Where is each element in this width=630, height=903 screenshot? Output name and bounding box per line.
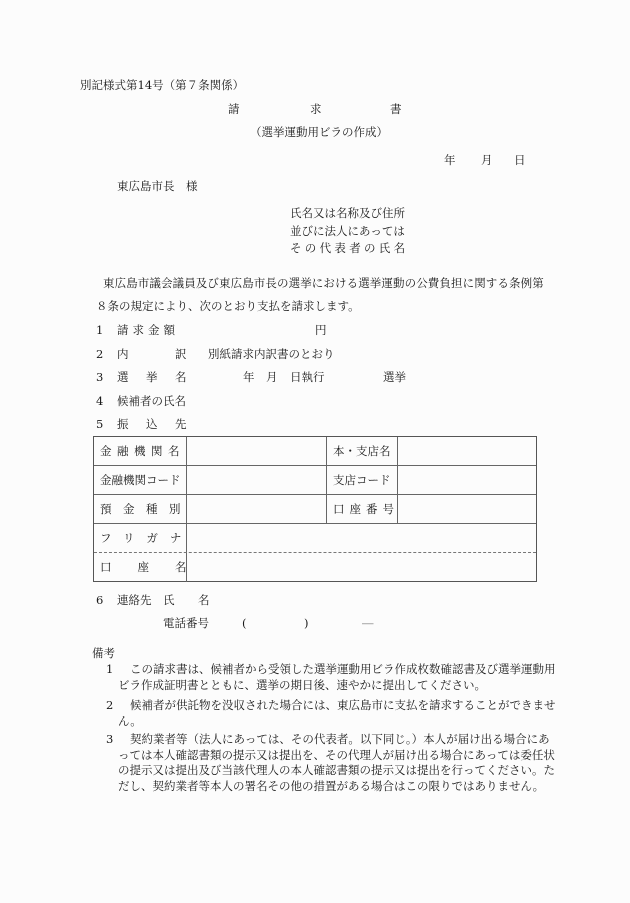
table-divider xyxy=(326,437,327,524)
date-month-label: 月 xyxy=(481,155,493,167)
item-label-a: 内 xyxy=(117,349,129,361)
bank-name-field[interactable] xyxy=(187,437,326,465)
item-label: 請求金額 xyxy=(117,325,179,337)
election-suffix: 選挙 xyxy=(383,372,406,384)
item-number: 1 xyxy=(96,325,103,337)
contact-label: 連絡先 xyxy=(117,595,152,607)
date-year-label: 年 xyxy=(444,155,456,167)
item-number: 4 xyxy=(96,396,103,408)
document-subtitle: （選挙運動用ビラの作成） xyxy=(250,127,388,139)
label-branch-name: 本・支店名 xyxy=(333,446,391,458)
item-number: 6 xyxy=(96,595,103,607)
label-furigana: フリガナ xyxy=(100,533,193,545)
item-label: 候補者の氏名 xyxy=(117,396,186,408)
phone-paren-open: ( xyxy=(242,618,247,630)
item-number: 5 xyxy=(96,419,103,431)
contact-name-label-a: 氏 xyxy=(163,595,175,607)
item-number: 3 xyxy=(96,372,103,384)
note-number: 1 xyxy=(106,662,113,678)
label-branch-code: 支店コード xyxy=(333,475,391,487)
label-deposit-type: 預金種別 xyxy=(100,504,192,516)
account-number-field[interactable] xyxy=(398,495,536,523)
breakdown-value: 別紙請求内訳書のとおり xyxy=(208,349,335,361)
item-label-b: 込 xyxy=(146,419,158,431)
title-char-2: 求 xyxy=(310,104,322,116)
election-year-label: 年 xyxy=(243,372,255,384)
applicant-line-1: 氏名又は名称及び住所 xyxy=(290,208,405,220)
deposit-type-field[interactable] xyxy=(187,495,326,523)
title-char-3: 書 xyxy=(390,104,402,116)
note-number: 3 xyxy=(106,732,113,748)
notes-heading: 備考 xyxy=(92,648,115,660)
note-text: 契約業者等（法人にあっては、その代表者。以下同じ。）本人が届け出る場合にあっては… xyxy=(118,732,558,794)
phone-dash: ― xyxy=(362,618,374,630)
election-day-exec-label: 日執行 xyxy=(290,372,325,384)
title-char-1: 請 xyxy=(228,104,240,116)
item-label-b: 訳 xyxy=(175,349,187,361)
account-name-field[interactable] xyxy=(187,553,536,582)
note-item-3: 3 契約業者等（法人にあっては、その代表者。以下同じ。）本人が届け出る場合にあっ… xyxy=(118,732,558,794)
item-label-b: 挙 xyxy=(146,372,158,384)
body-line-2: ８条の規定により、次のとおり支払を請求します。 xyxy=(96,301,360,313)
note-item-2: 2 候補者が供託物を没収された場合には、東広島市に支払を請求することができません… xyxy=(118,698,558,729)
furigana-field[interactable] xyxy=(187,524,536,552)
bank-code-field[interactable] xyxy=(187,466,326,494)
note-item-1: 1 この請求書は、候補者から受領した選挙運動用ビラ作成枚数確認書及び選挙運動用ビ… xyxy=(118,662,558,693)
bank-account-table: 金融機関名 本・支店名 金融機関コード 支店コード 預金種別 口座番号 フリガナ… xyxy=(93,436,537,582)
date-day-label: 日 xyxy=(514,155,526,167)
phone-paren-close: ) xyxy=(304,618,309,630)
note-text: この請求書は、候補者から受領した選挙運動用ビラ作成枚数確認書及び選挙運動用ビラ作… xyxy=(118,662,558,693)
item-label-a: 振 xyxy=(117,419,129,431)
form-id: 別記様式第14号（第７条関係） xyxy=(80,80,244,92)
label-bank-code: 金融機関コード xyxy=(100,475,181,487)
applicant-line-2: 並びに法人にあっては xyxy=(290,226,405,238)
election-month-label: 月 xyxy=(266,372,278,384)
addressee: 東広島市長 様 xyxy=(117,181,198,193)
branch-name-field[interactable] xyxy=(398,437,536,465)
yen-suffix: 円 xyxy=(315,325,327,337)
phone-label: 電話番号 xyxy=(163,618,209,630)
note-text: 候補者が供託物を没収された場合には、東広島市に支払を請求することができません。 xyxy=(118,698,558,729)
body-line-1: 東広島市議会議員及び東広島市長の選挙における選挙運動の公費負担に関する条例第 xyxy=(103,278,544,290)
label-bank-name: 金融機関名 xyxy=(100,446,185,458)
item-label-c: 名 xyxy=(175,372,187,384)
label-account-number: 口座番号 xyxy=(333,504,399,516)
item-number: 2 xyxy=(96,349,103,361)
branch-code-field[interactable] xyxy=(398,466,536,494)
contact-name-label-b: 名 xyxy=(198,595,210,607)
note-number: 2 xyxy=(106,698,113,714)
item-label-c: 先 xyxy=(175,419,187,431)
item-label-a: 選 xyxy=(117,372,129,384)
applicant-line-3: その代表者の氏名 xyxy=(290,243,408,255)
